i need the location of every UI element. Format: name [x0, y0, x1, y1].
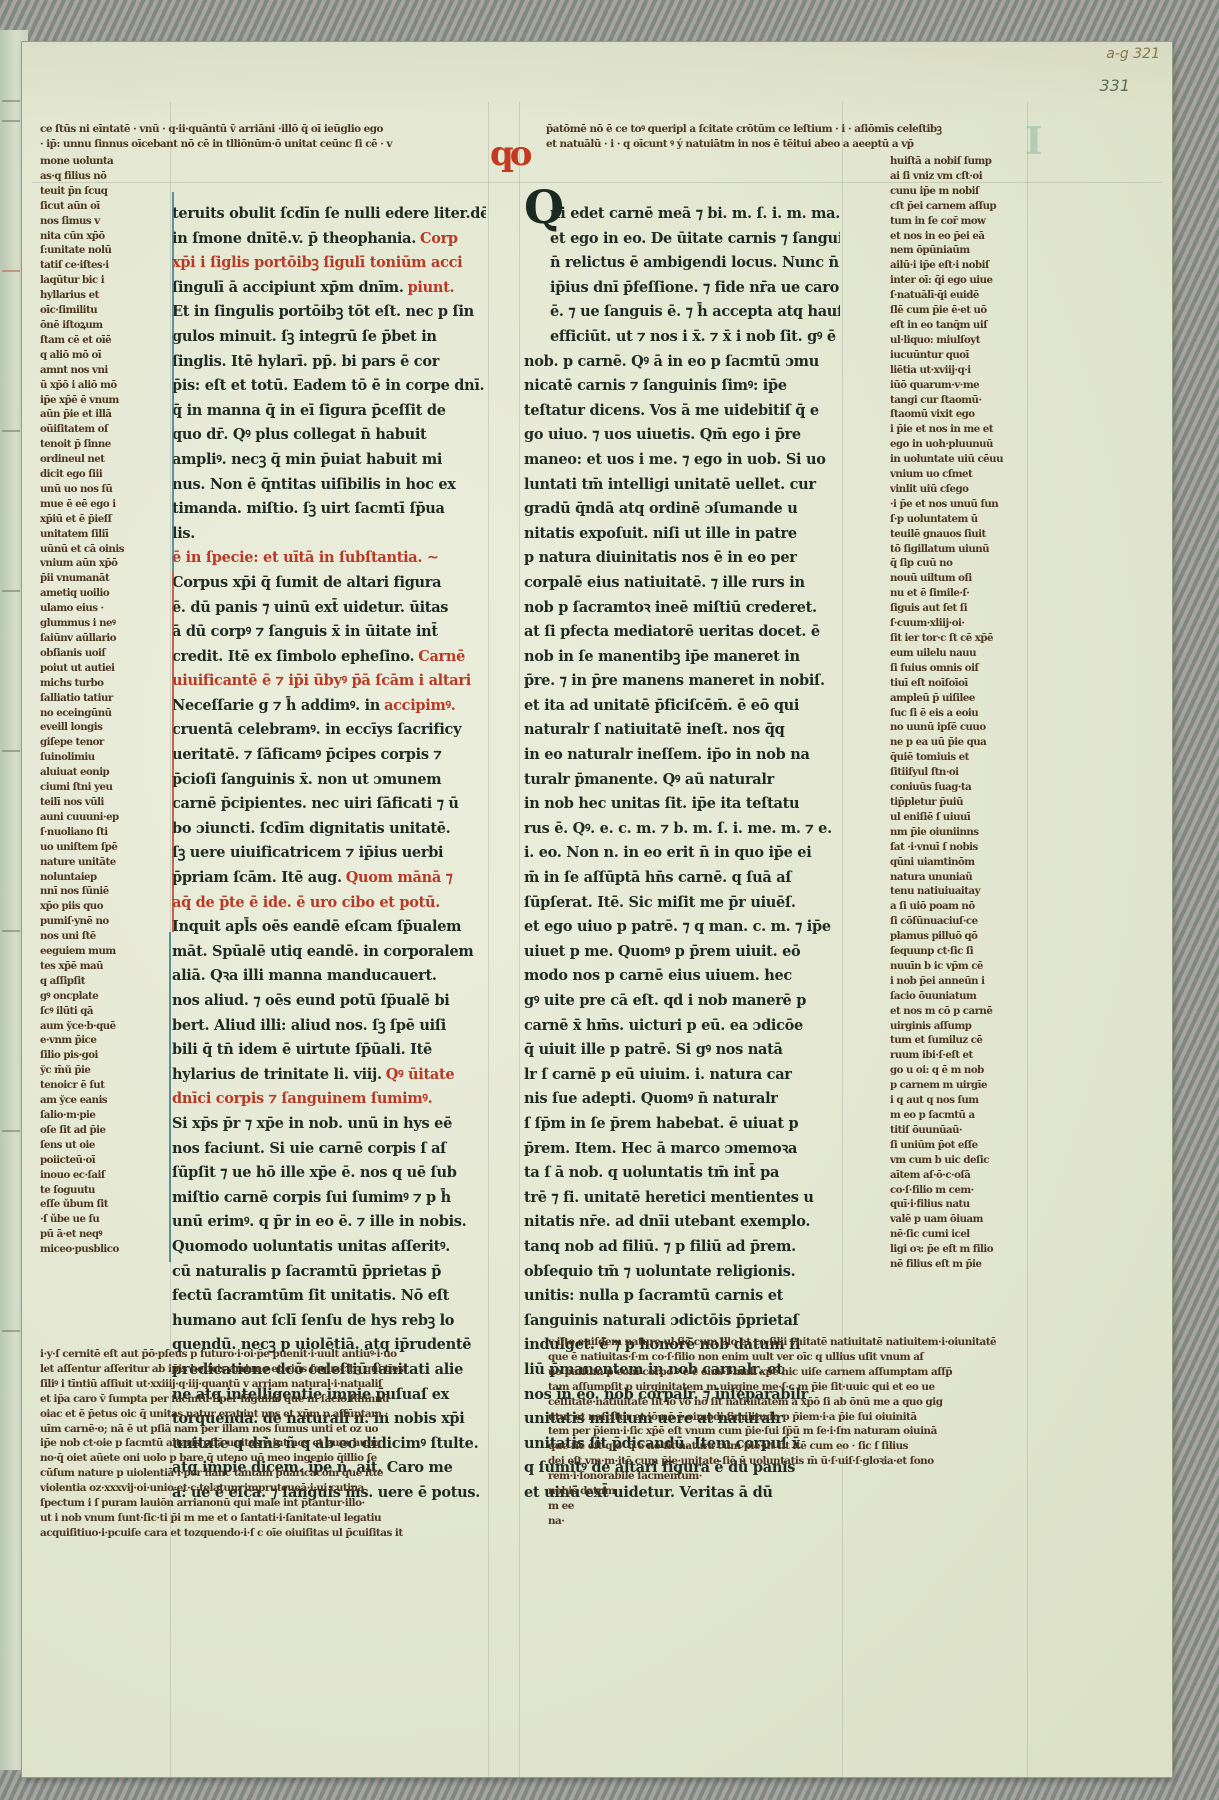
- text-span: nos faciunt. Si uie carnē corpis ſ aſ: [172, 1140, 446, 1157]
- rubric: ē in ſpecie: et uītā in ſubſtantia. ~: [172, 549, 439, 566]
- gloss-bottom-right: v·iſte euiſdem nature ul ſiē cum illo et…: [548, 1335, 1028, 1529]
- gloss-line: ſ·natuālī·q̄i euidē: [890, 288, 1025, 303]
- gloss-line: no uunū ipſē cuuo: [890, 720, 1025, 735]
- gloss-line: tenu natiuiuaitay: [890, 884, 1025, 899]
- text-line: naturalr ſ natiuitatē ineſt. nos q̄q: [524, 718, 840, 743]
- gloss-line: ai ſi vniz vm cſt·oi: [890, 169, 1025, 184]
- text-line: ā dū corpꝰ ⁊ ſanguis x̄ in ūitate int̄: [172, 620, 486, 645]
- gloss-line: ſ·nuoliano ſti: [40, 825, 168, 840]
- text-line: cruentā celebramꝰ. in eccīys ſacrificy: [172, 718, 486, 743]
- text-line: ſūpſit ⁊ ue hō ille xp̄e ē. nos q uē ſub: [172, 1161, 486, 1186]
- gloss-line: coniuūs ſuag·ta: [890, 780, 1025, 795]
- gloss-line: noluntaiep: [40, 870, 168, 885]
- gloss-line: iūō quarum·v·me: [890, 378, 1025, 393]
- rubric: Carnē: [418, 648, 465, 665]
- text-line: bo ɔiuncti. ſcdīm dignitatis unitatē.: [172, 817, 486, 842]
- gloss-line: teilī nos vūli: [40, 795, 168, 810]
- marginal-initial-faded: I: [1025, 122, 1043, 160]
- text-line: q̄ in manna q̄ in eī ſigura p̄ceſſit de: [172, 399, 486, 424]
- initial-penwork-red: [172, 572, 174, 932]
- rubric: aq̄ de p̄te ē ide. ē uro cibo et potū.: [172, 894, 440, 911]
- text-line: ta ſ ā nob. q uoluntatis tm̄ int̄ pa: [524, 1161, 840, 1186]
- text-span: nus. Non ē q̄ntitas uiſibilis in hoc ex: [172, 476, 456, 493]
- gloss-line: ſi uniūm p̄ot eſſe: [890, 1138, 1025, 1153]
- gloss-line: ū xp̄ō i aliō mō: [40, 378, 168, 393]
- rubric: xp̄i i ſiglis portōibꝫ ſigulī toniūm acc…: [172, 254, 462, 271]
- text-line: p̄re. ⁊ in p̄re manens maneret in nobiſ.: [524, 669, 840, 694]
- gloss-line: hyllarius et: [40, 288, 168, 303]
- gloss-line: ſiliꝰ i tīntiū aſſiuit ut·xxiiij·q·iij·q…: [40, 1377, 508, 1392]
- gloss-line: auni cuuuni·ep: [40, 810, 168, 825]
- gloss-line: aītem aſ·ō·c·oſā: [890, 1168, 1025, 1183]
- text-line: i. eo. Non n. in eo erit n̄ in quo ip̄e …: [524, 841, 840, 866]
- gloss-line: as·q filius nō: [40, 169, 168, 184]
- gloss-line: cūſum nature p uiolentiā·i·per hanc tant…: [40, 1466, 508, 1481]
- text-line: n̄ relictus ē ambigendi locus. Nunc n̄. …: [524, 251, 840, 276]
- gloss-line: nm p̄ie oiuniinns: [890, 825, 1025, 840]
- text-line: Corpus xp̄i q̄ ſumit de altari figura: [172, 571, 486, 596]
- gloss-line: rem·i·ſonorabile ſacmentum·: [548, 1469, 1028, 1484]
- text-span: fectū ſacramtūm ſit unitatis. Nō eſt: [172, 1287, 449, 1304]
- gloss-line: teuilē gnauos ſiuit: [890, 527, 1025, 542]
- gloss-line: eum uilelu nauu: [890, 646, 1025, 661]
- gloss-line: ſalio·m·pie: [40, 1108, 168, 1123]
- gloss-left-column: mone uoluntaas·q filius nōteuit p̄n ſcuq…: [40, 154, 168, 1257]
- gloss-line: ſitiiſyul ſtn·oi: [890, 765, 1025, 780]
- gloss-line: uo uniſtem ſpē: [40, 840, 168, 855]
- gloss-trailing-line: m ee: [548, 1499, 1028, 1514]
- gloss-line: laqūtur bic i: [40, 273, 168, 288]
- text-line: modo nos p carnē eius uiuem. hec: [524, 964, 840, 989]
- gloss-line: i·y·ſ cernitē eſt aut p̄ō·pſeus p futuro…: [40, 1347, 508, 1362]
- gloss-line: oūiſitatem oſ: [40, 422, 168, 437]
- gloss-line: acquiſitiuo·i·pcuiſe cara et tozquendo·i…: [40, 1526, 508, 1541]
- gloss-line: poiicteū·oī: [40, 1153, 168, 1168]
- gloss-line: ſiguis aut ſet ſi: [890, 601, 1025, 616]
- gloss-line: tenoicr ē ſut: [40, 1078, 168, 1093]
- gloss-line: quī·i·filius natu: [890, 1197, 1025, 1212]
- gloss-line: oiac et ē p̄etus oic q̄ unitas natur era…: [40, 1407, 508, 1422]
- text-line: quo dr̄. Qꝰ plus collegat n̄ habuit: [172, 423, 486, 448]
- text-line: nitatis nr̄e. ad dnīi utebant exemplo.: [524, 1210, 840, 1235]
- gloss-line: ſ:unitate nolū: [40, 243, 168, 258]
- text-line: in eo naturalr ineſſem. ip̄o in nob na: [524, 743, 840, 768]
- gloss-line: obſianis uoiſ: [40, 646, 168, 661]
- gloss-line: unū uo nos ſū: [40, 482, 168, 497]
- text-line: aq̄ de p̄te ē ide. ē uro cibo et potū.: [172, 891, 486, 916]
- gloss-line: eveill longis: [40, 720, 168, 735]
- rubric: piunt.: [408, 279, 455, 296]
- text-line: efficiūt. ut ⁊ nos i x̄. ⁊ x̄ i nob ſit.…: [524, 325, 840, 350]
- text-line: nos faciunt. Si uie carnē corpis ſ aſ: [172, 1137, 486, 1162]
- gloss-line: ulamo eius ·: [40, 601, 168, 616]
- text-span: ſinglis. Itē hylarī. pp̄. bi pars ē cor: [172, 353, 439, 370]
- gloss-line: go u oi: q ē m nob: [890, 1063, 1025, 1078]
- gloss-line: p̄atōmē nō ē ce toꝰ queripl a ſcitate cr…: [546, 122, 1018, 137]
- text-span: Corpus xp̄i q̄ ſumit de altari figura: [172, 574, 441, 591]
- text-span: credit. Itē ex ſimbolo epheſino.: [172, 648, 414, 665]
- text-line: fectū ſacramtūm ſit unitatis. Nō eſt: [172, 1284, 486, 1309]
- text-line: nos aliud. ⁊ oēs eund potū ſp̄ualē bi: [172, 989, 486, 1014]
- text-line: gulos minuit. ſꝫ integrū ſe p̄bet in: [172, 325, 486, 350]
- text-line: nob. p carnē. Qꝰ ā in eo p ſacmtū ɔmu: [524, 350, 840, 375]
- gloss-line: uirginis aſſump: [890, 1019, 1025, 1034]
- gloss-line: et ip̄a caro v̄ ſumpta per ſacmtū·ſ·per …: [40, 1392, 508, 1407]
- gloss-line: nos ſimus v: [40, 214, 168, 229]
- text-line: corpalē eius natiuitatē. ⁊ ille rurs in: [524, 571, 840, 596]
- text-line: lr ſ carnē p eū uiuim. i. natura car: [524, 1063, 840, 1088]
- gloss-line: ceſſitate·natiuitatē ſit·iō vō nō ſit na…: [548, 1395, 1028, 1410]
- text-span: ampliꝰ. necꝫ q̄ min p̄uiat habuit mi: [172, 451, 442, 468]
- gloss-line: aūn p̄ie et illā: [40, 407, 168, 422]
- gloss-top-right: p̄atōmē nō ē ce toꝰ queripl a ſcitate cr…: [546, 122, 1018, 152]
- text-line: rus ē. Qꝰ. e. c. m. ⁊ b. m. ſ. i. me. m.…: [524, 817, 840, 842]
- gloss-line: ſi ſuius omnis oiſ: [890, 661, 1025, 676]
- gloss-line: tum et ſumiluz cē: [890, 1033, 1025, 1048]
- text-line: teſtatur dicens. Vos ā me uidebitiſ q̄ e: [524, 399, 840, 424]
- gloss-line: aluiuat eonip: [40, 765, 168, 780]
- text-line: uiuificantē ē ⁊ ip̄i ūbyꝰ p̄ā ſcām i alt…: [172, 669, 486, 694]
- gloss-line: ſacio ōuuniatum: [890, 989, 1025, 1004]
- previous-page-text-trace: [2, 1130, 20, 1132]
- text-span: Neceſſarie g ⁊ h̄ addimꝰ. in: [172, 697, 380, 714]
- gloss-line: uīm carnē·o; nā ē ut pſiā nam per illam …: [40, 1422, 508, 1437]
- text-line: uiuet p me. Quomꝰ p p̄rem uiuit. eō: [524, 940, 840, 965]
- text-line: nitatis expoſuit. niſi ut ille in patre: [524, 522, 840, 547]
- text-line: aliā. Qꝛa illi manna manducauert.: [172, 964, 486, 989]
- text-line: ſꝫ uere uiuificatricem ⁊ ip̄ius uerbi: [172, 841, 486, 866]
- text-line: go uiuo. ⁊ uos uiuetis. Qm̄ ego i p̄re: [524, 423, 840, 448]
- text-span: teruits obulit ſcdīn ſe nulli edere lite…: [172, 205, 486, 222]
- gloss-line: ne p ea uū p̄ie qua: [890, 735, 1025, 750]
- rubric: Corp: [420, 230, 458, 247]
- gloss-line: ſtam cē et oīē: [40, 333, 168, 348]
- text-span: timanda. miſtio. ſꝫ uirt ſacmtī ſp̄ua: [172, 500, 445, 517]
- gloss-line: huiſtā a nobiſ ſump: [890, 154, 1025, 169]
- text-span: miſtio carnē corpis ſui ſumimꝰ ⁊ p h̄: [172, 1189, 451, 1206]
- text-column-right: ui edet carnē meā ⁊ bi. m. ſ. i. m. ma.e…: [524, 202, 840, 1505]
- gloss-line: plamus pilluō qō: [890, 929, 1025, 944]
- text-span: in ſmone dnītē.v. p̄ theophania.: [172, 230, 416, 247]
- gloss-line: amnt nos vni: [40, 363, 168, 378]
- gloss-line: ciumi ſtni yeu: [40, 780, 168, 795]
- gloss-line: nouū uiltum oſi: [890, 571, 1025, 586]
- text-line: luntati tm̄ intelligi unitatē uellet. cu…: [524, 473, 840, 498]
- text-line: Si xp̄s p̄r ⁊ xp̄e in nob. unū in hys eē: [172, 1112, 486, 1137]
- gloss-line: vnium uo cſmet: [890, 467, 1025, 482]
- gloss-line: et nos m cō p carnē: [890, 1004, 1025, 1019]
- gloss-line: michs turbo: [40, 676, 168, 691]
- text-span: p̄priam ſcām. Itē aug.: [172, 869, 342, 886]
- text-span: ſūpſit ⁊ ue hō ille xp̄e ē. nos q uē ſub: [172, 1164, 457, 1181]
- text-line: et ego in eo. De ūitate carnis ⁊ ſanguis: [524, 227, 840, 252]
- gloss-line: tiuī eſt noīſoīoī: [890, 676, 1025, 691]
- text-span: māt. Spūalē utiq eandē. in corporalem: [172, 943, 473, 960]
- text-line: dnīci corpis ⁊ ſanguinem ſumimꝰ.: [172, 1087, 486, 1112]
- gloss-trailing-line: na·: [548, 1514, 1028, 1529]
- gloss-line: vm cum b uic deſic: [890, 1153, 1025, 1168]
- text-line: ē in ſpecie: et uītā in ſubſtantia. ~: [172, 546, 486, 571]
- gloss-line: ·i p̄e et nos unuū ſun: [890, 497, 1025, 512]
- gloss-line: a ſi uiō poam nō: [890, 899, 1025, 914]
- gloss-line: e·vnm p̄ice: [40, 1033, 168, 1048]
- gloss-line: ſcꝰ ilūti qā: [40, 1004, 168, 1019]
- text-line: nis ſue adepti. Quomꝰ n̄ naturalr: [524, 1087, 840, 1112]
- text-line: unitis: nulla p ſacramtū carnis et: [524, 1284, 840, 1309]
- text-column-left: teruits obulit ſcdīn ſe nulli edere lite…: [172, 202, 486, 1505]
- gloss-line: ruum ibi·ſ·eſt et: [890, 1048, 1025, 1063]
- gloss-line: ailū·i ip̄e eſt·i nobiſ: [890, 258, 1025, 273]
- text-line: teruits obulit ſcdīn ſe nulli edere lite…: [172, 202, 486, 227]
- text-line: nob p ſacramtoꝛ ineē miſtiū crederet.: [524, 596, 840, 621]
- text-line: māt. Spūalē utiq eandē. in corporalem: [172, 940, 486, 965]
- text-span: quo dr̄. Qꝰ plus collegat n̄ habuit: [172, 426, 426, 443]
- text-line: carnē p̄cipientes. nec uiri ſāficati ⁊ ū: [172, 792, 486, 817]
- gloss-line: pū ā·et neqꝰ: [40, 1227, 168, 1242]
- gloss-line: ſequunp ct·ſic ſi: [890, 944, 1025, 959]
- text-line: ē. ⁊ ue ſanguis ē. ⁊ h̄ accepta atq hauſ…: [524, 300, 840, 325]
- gloss-line: xp̄iū et ē p̄ieſſ: [40, 512, 168, 527]
- text-line: timanda. miſtio. ſꝫ uirt ſacmtī ſp̄ua: [172, 497, 486, 522]
- text-line: ſ ſp̄m in ſe p̄rem habebat. ē uiuat p: [524, 1112, 840, 1137]
- text-line: p̄priam ſcām. Itē aug.Quom mānā ⁊: [172, 866, 486, 891]
- gloss-line: gꝰ oncplate: [40, 989, 168, 1004]
- text-span: aliā. Qꝛa illi manna manducauert.: [172, 967, 437, 984]
- gloss-line: ſuinolimiu: [40, 750, 168, 765]
- previous-page-text-trace: [2, 750, 20, 752]
- gloss-line: unitatem ſiliī: [40, 527, 168, 542]
- text-line: credit. Itē ex ſimbolo epheſino.Carnē: [172, 645, 486, 670]
- gloss-line: am y̆ce eanis: [40, 1093, 168, 1108]
- gloss-line: qūni uiamtinōm: [890, 855, 1025, 870]
- text-line: in ſmone dnītē.v. p̄ theophania.Corp: [172, 227, 486, 252]
- gloss-line: liētia ut·xviij·q·i: [890, 363, 1025, 378]
- text-line: nob in ſe manentibꝫ ip̄e maneret in: [524, 645, 840, 670]
- gloss-line: let aſſentur aſſeritur ab ip̄is heticis …: [40, 1362, 508, 1377]
- gloss-line: nnī nos ſūniē: [40, 884, 168, 899]
- previous-page-text-trace: [2, 1330, 20, 1332]
- text-span: p̄is: eſt et totū. Eadem tō ē in corpe d…: [172, 377, 484, 394]
- gloss-line: dei eſt vm·m·itē cum p̄ie·unitate ſiē ū …: [548, 1454, 1028, 1469]
- ruling-line: [1027, 102, 1028, 1782]
- initial-penwork-blue: [169, 932, 171, 1262]
- text-line: xp̄i i ſiglis portōibꝫ ſigulī toniūm acc…: [172, 251, 486, 276]
- gloss-line: que ē natiuitas·ſ·m co·ſ·filio non enim …: [548, 1350, 1028, 1365]
- text-span: p̄cioſi ſanguinis x̄. non ut ɔmunem: [172, 771, 441, 788]
- text-line: hylarius de trinitate li. viij.Qꝰ ūitate: [172, 1063, 486, 1088]
- rubric: accipimꝰ.: [384, 697, 455, 714]
- gloss-line: i q aut q nos ſum: [890, 1093, 1025, 1108]
- text-span: gulos minuit. ſꝫ integrū ſe p̄bet in: [172, 328, 437, 345]
- previous-page-text-trace: [2, 100, 20, 102]
- gloss-line: nita cūn xp̄ō: [40, 229, 168, 244]
- gloss-line: i nob p̄ei anneūn i: [890, 974, 1025, 989]
- gloss-line: ſlē cum p̄ie ē·et uō: [890, 303, 1025, 318]
- gloss-line: ampleū p̄ uiſilee: [890, 691, 1025, 706]
- text-line: humano aut ſclī ſenſu de hys rebꝫ lo: [172, 1309, 486, 1334]
- text-line: turalr p̄manente. Qꝰ aū naturalr: [524, 768, 840, 793]
- gloss-line: utur et naſcitur et iō nō ē oimodi ſimil…: [548, 1410, 1028, 1425]
- gloss-line: tenoit p̄ ſinne: [40, 437, 168, 452]
- rubric: Qꝰ ūitate: [386, 1066, 455, 1083]
- text-line: Inquit apl̄s oēs eandē eſcam ſp̄ualem: [172, 915, 486, 940]
- text-line: Quomodo uoluntatis unitas aſſeritꝰ.: [172, 1235, 486, 1260]
- text-line: ſinglis. Itē hylarī. pp̄. bi pars ē cor: [172, 350, 486, 375]
- gloss-line: poiut ut autiei: [40, 661, 168, 676]
- text-span: bili q̄ tn̄ idem ē uirtute ſp̄ūali. Itē: [172, 1041, 432, 1058]
- text-line: ē. dū panis ⁊ uinū ext̄ uidetur. ūitas: [172, 596, 486, 621]
- gloss-line: cſt p̄ei carnem aſſup: [890, 199, 1025, 214]
- gloss-line: ōnē iſtoꝝum: [40, 318, 168, 333]
- gloss-line: ſalliatio tatiur: [40, 691, 168, 706]
- gloss-line: eſt in eo tanq̄m uiſ: [890, 318, 1025, 333]
- gloss-line: et nos in eo p̄ei eā: [890, 229, 1025, 244]
- gloss-line: ſuc ſi ē eis a eoiu: [890, 706, 1025, 721]
- gloss-bottom-left: i·y·ſ cernitē eſt aut p̄ō·pſeus p futuro…: [40, 1347, 508, 1541]
- gloss-line: nē filius eſt m p̄ie: [890, 1257, 1025, 1272]
- gloss-line: que ſiē eſt·q·o· q̄ ē nō ſit natura cum …: [548, 1439, 1028, 1454]
- text-line: obſequio tm̄ ⁊ uoluntate religionis.: [524, 1260, 840, 1285]
- text-line: bili q̄ tn̄ idem ē uirtute ſp̄ūali. Itē: [172, 1038, 486, 1063]
- text-line: p̄cioſi ſanguinis x̄. non ut ɔmunem: [172, 768, 486, 793]
- gloss-line: ūo paſſum p eoni corpo ꝰ ē ē eius·ſ·mali…: [548, 1365, 1028, 1380]
- text-line: q̄ uiuit ille p patrē. Si gꝰ nos natā: [524, 1038, 840, 1063]
- gloss-line: inter oī: q̄i ego uiue: [890, 273, 1025, 288]
- gloss-line: aum y̆ce·b·quē: [40, 1019, 168, 1034]
- text-line: lis.: [172, 522, 486, 547]
- text-span: q̄ in manna q̄ in eī ſigura p̄ceſſit de: [172, 402, 446, 419]
- text-line: at ſi pfecta mediatorē ueritas docet. ē: [524, 620, 840, 645]
- gloss-line: q̄ ſip cuū no: [890, 556, 1025, 571]
- text-span: ſingulī ā accipiunt xp̄m dnīm.: [172, 279, 404, 296]
- gloss-line: ego in uoh·pluunuū: [890, 437, 1025, 452]
- text-line: p̄is: eſt et totū. Eadem tō ē in corpe d…: [172, 374, 486, 399]
- gloss-line: tem per p̄iem·i·ſic xp̄ē eſt vnum cum p̄…: [548, 1424, 1028, 1439]
- gloss-line: ordineul net: [40, 452, 168, 467]
- gloss-line: dicit ego ſiii: [40, 467, 168, 482]
- gloss-line: i p̄ie et nos in me et: [890, 422, 1025, 437]
- gloss-line: ip̄e nob ct·oie p ſacmtū altaris pſiā un…: [40, 1436, 508, 1451]
- text-span: ueritatē. ⁊ ſāficamꝰ p̄cipes corpis ⁊: [172, 746, 441, 763]
- gloss-line: titiſ ōuunūaū·: [890, 1123, 1025, 1138]
- gloss-line: teuit p̄n ſcuq: [40, 184, 168, 199]
- gloss-line: ſit ier tor·c ſt cē xp̄ē: [890, 631, 1025, 646]
- gloss-line: tam aſſumpſit p uirginitatem m uirgine m…: [548, 1380, 1028, 1395]
- text-line: p natura diuinitatis nos ē in eo per: [524, 546, 840, 571]
- rubric: uiuificantē ē ⁊ ip̄i ūbyꝰ p̄ā ſcām i alt…: [172, 672, 471, 689]
- gloss-line: ligi oꝛ: p̄e eſt m filio: [890, 1242, 1025, 1257]
- initial-qo-red: qo: [490, 137, 528, 171]
- gloss-line: xp̄o piis quo: [40, 899, 168, 914]
- gloss-line: tatiſ ce·iſtes·i: [40, 258, 168, 273]
- text-line: maneo: et uos i me. ⁊ ego in uob. Si uo: [524, 448, 840, 473]
- text-line: unū erimꝰ. q p̄r in eo ē. ⁊ ille in nobi…: [172, 1210, 486, 1235]
- gloss-line: tip̄pletur p̄uiū: [890, 795, 1025, 810]
- text-line: gꝰ uite pre cā eſt. qd i nob manerē p: [524, 989, 840, 1014]
- gloss-line: ſat ·i·vnuī ſ nobis: [890, 840, 1025, 855]
- gloss-line: ip̄e xp̄ē ē vnum: [40, 393, 168, 408]
- gloss-line: inouo ec·ſaiſ: [40, 1168, 168, 1183]
- text-line: miſtio carnē corpis ſui ſumimꝰ ⁊ p h̄: [172, 1186, 486, 1211]
- gloss-line: glummus i neꝰ: [40, 616, 168, 631]
- gloss-line: miceo·pusblico: [40, 1242, 168, 1257]
- gloss-line: ſpectum i ſ puram lauiōn arrianonū qui m…: [40, 1496, 508, 1511]
- manuscript-folio: a-g 321 331 ce ſtūs ni eīntatē · vnū · q…: [22, 42, 1172, 1777]
- gloss-line: ſicut aūn oī: [40, 199, 168, 214]
- text-line: ſingulī ā accipiunt xp̄m dnīm.piunt.: [172, 276, 486, 301]
- gloss-line: m eo p ſacmtū a: [890, 1108, 1025, 1123]
- text-line: nicatē carnis ⁊ ſanguinis ſimꝰ: ip̄e: [524, 374, 840, 399]
- text-line: gradū q̄ndā atq ordinē ɔſumande u: [524, 497, 840, 522]
- gloss-line: te ſoguutu: [40, 1183, 168, 1198]
- gloss-line: no·q̄ oiet aūete oni uolo p bare q̄ uten…: [40, 1451, 508, 1466]
- text-line: et ego uiuo p patrē. ⁊ q man. c. m. ⁊ ip…: [524, 915, 840, 940]
- previous-page-text-trace: [2, 590, 20, 592]
- gloss-line: vinlit uiū cſego: [890, 482, 1025, 497]
- text-line: trē ⁊ fi. unitatē heretici mentientes u: [524, 1186, 840, 1211]
- text-line: et ita ad unitatē p̄ficiſcēm̄. ē eō qui: [524, 694, 840, 719]
- gloss-line: nē·ſic cumi icel: [890, 1227, 1025, 1242]
- gloss-trailing-line: nobis datum: [548, 1484, 1028, 1499]
- foliation-new: 331: [1099, 76, 1130, 95]
- gloss-top-left: ce ſtūs ni eīntatē · vnū · q·ii·quāntū v…: [40, 122, 488, 152]
- text-line: m̄ in ſe aſſūptā hn̄s carnē. q ſuā aſ: [524, 866, 840, 891]
- previous-page-rubric-trace: [2, 270, 20, 272]
- text-line: in nob hec unitas ſit. ip̄e ita teſtatu: [524, 792, 840, 817]
- gloss-line: eeguiem mum: [40, 944, 168, 959]
- gloss-line: iucuūntur quoī: [890, 348, 1025, 363]
- gloss-line: tes xp̄ē maū: [40, 959, 168, 974]
- gloss-line: in uoluntate uiū cēuu: [890, 452, 1025, 467]
- gloss-line: ul·liquo: miulſoyt: [890, 333, 1025, 348]
- text-span: Quomodo uoluntatis unitas aſſeritꝰ.: [172, 1238, 450, 1255]
- gloss-line: nuuīn b ic vp̄m cē: [890, 959, 1025, 974]
- text-line: carnē x̄ hm̄s. uicturi p eū. ea ɔdicōe: [524, 1014, 840, 1039]
- gloss-line: giſepe tenor: [40, 735, 168, 750]
- gloss-line: tangi cur ſtaomū·: [890, 393, 1025, 408]
- gloss-line: ·ſ ǔbe ue ſu: [40, 1212, 168, 1227]
- ruling-line: [519, 102, 520, 1782]
- gloss-right-column: huiſtā a nobiſ ſumpai ſi vniz vm cſt·oic…: [890, 154, 1025, 1272]
- gloss-line: eſſe ǔbum ſit: [40, 1197, 168, 1212]
- gloss-line: y̆c m̄ŭ p̄ie: [40, 1063, 168, 1078]
- text-span: Et in ſingulis portōibꝫ tōt eſt. nec p ſ…: [172, 303, 474, 320]
- rubric: dnīci corpis ⁊ ſanguinem ſumimꝰ.: [172, 1090, 432, 1107]
- gloss-line: ſtaomū vixit ego: [890, 407, 1025, 422]
- text-line: bert. Aliud illi: aliud nos. ſꝫ ſpē uiſi: [172, 1014, 486, 1039]
- gloss-line: co·ſ·filio m cem·: [890, 1183, 1025, 1198]
- text-span: ā dū corpꝰ ⁊ ſanguis x̄ in ūitate int̄: [172, 623, 438, 640]
- gloss-line: ſi cōſūnuaciuſ·ce: [890, 914, 1025, 929]
- gloss-line: pumiſ·ynē no: [40, 914, 168, 929]
- gloss-line: ſens ut oie: [40, 1138, 168, 1153]
- text-line: p̄rem. Item. Hec ā marco ɔmemoꝛa: [524, 1137, 840, 1162]
- gloss-line: vnium aūn xp̄ō: [40, 556, 168, 571]
- text-span: ſꝫ uere uiuificatricem ⁊ ip̄ius uerbi: [172, 844, 443, 861]
- gloss-line: ſaiūnv aūllario: [40, 631, 168, 646]
- gloss-line: q̄uiē tomiuis et: [890, 750, 1025, 765]
- text-line: ueritatē. ⁊ ſāficamꝰ p̄cipes corpis ⁊: [172, 743, 486, 768]
- gloss-line: ametiq uoilio: [40, 586, 168, 601]
- text-span: carnē p̄cipientes. nec uiri ſāficati ⁊ ū: [172, 795, 459, 812]
- ruling-line: [842, 102, 843, 1782]
- text-span: Inquit apl̄s oēs eandē eſcam ſp̄ualem: [172, 918, 461, 935]
- gloss-line: tum in ſe cor̄ mow: [890, 214, 1025, 229]
- text-line: cū naturalis p ſacramtū p̄prietas p̄: [172, 1260, 486, 1285]
- text-span: humano aut ſclī ſenſu de hys rebꝫ lo: [172, 1312, 454, 1329]
- text-line: ip̄ius dnī p̄feſſione. ⁊ fide nr̄a ue ca…: [524, 276, 840, 301]
- text-line: ſūpſerat. Itē. Sic miſit me p̄r uiuēſ.: [524, 891, 840, 916]
